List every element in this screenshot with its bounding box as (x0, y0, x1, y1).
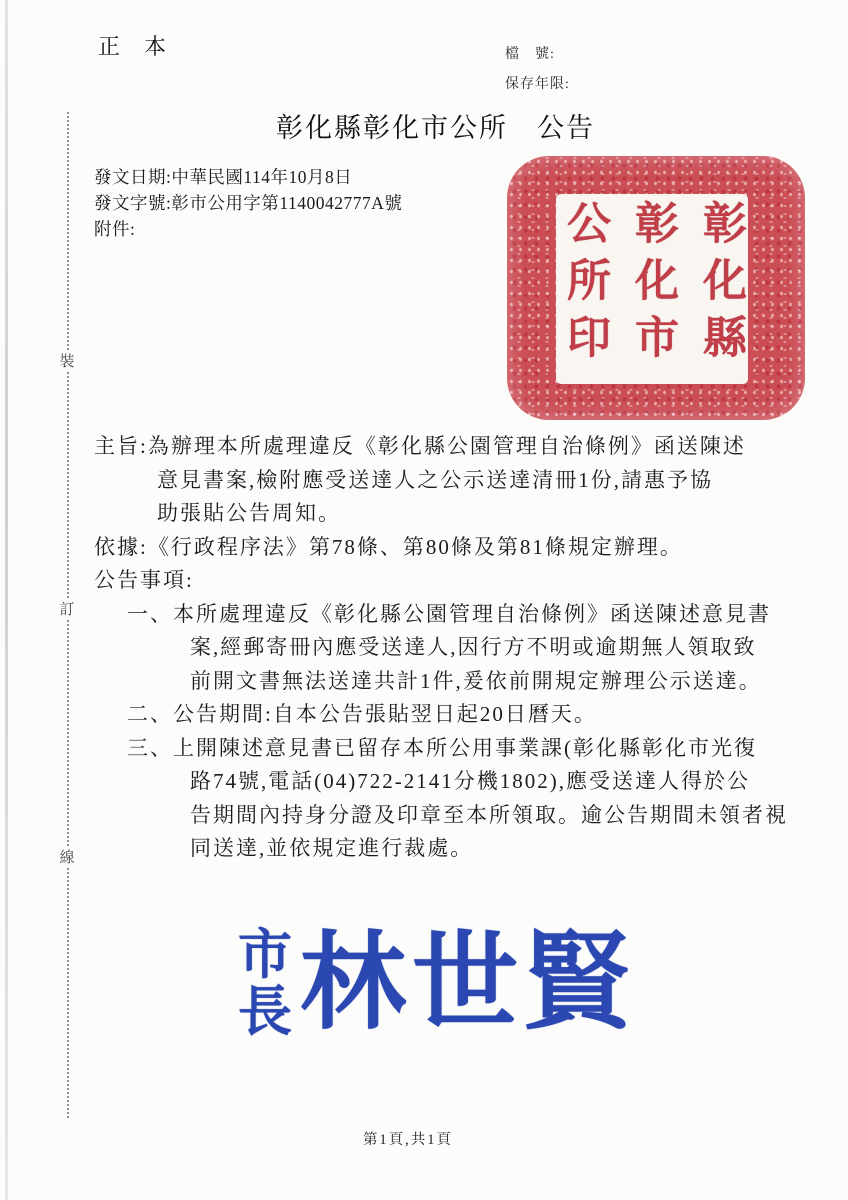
scanned-document-page: 裝 訂 線 正 本 檔 號: 保存年限: 彰化縣彰化市公所 公告 發文日期:中華… (0, 0, 848, 1200)
retention-period-label: 保存年限: (505, 70, 570, 100)
page-title: 彰化縣彰化市公所 公告 (276, 106, 595, 145)
binding-mark-xian: 線 (53, 848, 81, 868)
file-number-label: 檔 號: (505, 40, 570, 70)
binding-mark-zhuang: 裝 (53, 352, 81, 372)
official-seal: 彰化縣 彰化市 公所印 (507, 156, 805, 420)
item-1-line: 一、本所處理違反《彰化縣公園管理自治條例》函送陳述意見書 (127, 598, 794, 632)
binding-mark-ding: 訂 (53, 600, 81, 620)
scan-edge-artifact (5, 0, 8, 1200)
mayor-signature-stamp: 市 長 林世賢 (238, 926, 636, 1043)
official-seal-inner: 彰化縣 彰化市 公所印 (556, 194, 748, 384)
item-3-line: 告期間內持身分證及印章至本所領取。逾公告期間未領者視 (190, 799, 794, 833)
announcement-body: 主旨:為辦理本所處理違反《彰化縣公園管理自治條例》函送陳述 意見書案,檢附應受送… (94, 430, 794, 866)
item-3-line: 同送達,並依規定進行裁處。 (190, 832, 794, 866)
mayor-title-char: 市 (238, 927, 292, 984)
reference-number-line: 發文字號:彰市公用字第1140042777A號 (94, 190, 402, 216)
issue-date-line: 發文日期:中華民國114年10月8日 (94, 164, 402, 190)
mayor-name: 林世賢 (300, 926, 636, 1043)
item-1-line: 案,經郵寄冊內應受送達人,因行方不明或逾期無人領取致 (190, 631, 794, 665)
item-3-line: 路74號,電話(04)722-2141分機1802),應受送達人得於公 (190, 765, 794, 799)
subject-line: 意見書案,檢附應受送達人之公示送達清冊1份,請惠予協 (157, 464, 794, 498)
seal-column-middle: 彰化市 (621, 200, 683, 384)
item-1-line: 前開文書無法送達共計1件,爰依前開規定辦理公示送達。 (190, 665, 794, 699)
item-2-line: 二、公告期間:自本公告張貼翌日起20日曆天。 (127, 698, 794, 732)
document-meta: 發文日期:中華民國114年10月8日 發文字號:彰市公用字第1140042777… (94, 164, 402, 242)
item-3-line: 三、上開陳述意見書已留存本所公用事業課(彰化縣彰化市光復 (127, 732, 794, 766)
items-header: 公告事項: (94, 564, 794, 598)
copy-type-label: 正 本 (98, 30, 167, 61)
file-reference-labels: 檔 號: 保存年限: (505, 40, 570, 100)
mayor-title-char: 長 (238, 984, 292, 1041)
basis-line: 依據:《行政程序法》第78條、第80條及第81條規定辦理。 (94, 531, 794, 565)
page-number-footer: 第1頁,共1頁 (0, 1128, 832, 1149)
subject-line: 助張貼公告周知。 (157, 497, 794, 531)
seal-column-left: 公所印 (556, 200, 615, 384)
subject-line: 主旨:為辦理本所處理違反《彰化縣公園管理自治條例》函送陳述 (94, 430, 794, 464)
seal-column-right: 彰化縣 (689, 200, 748, 384)
attachment-line: 附件: (94, 216, 402, 242)
mayor-title: 市 長 (238, 927, 292, 1041)
